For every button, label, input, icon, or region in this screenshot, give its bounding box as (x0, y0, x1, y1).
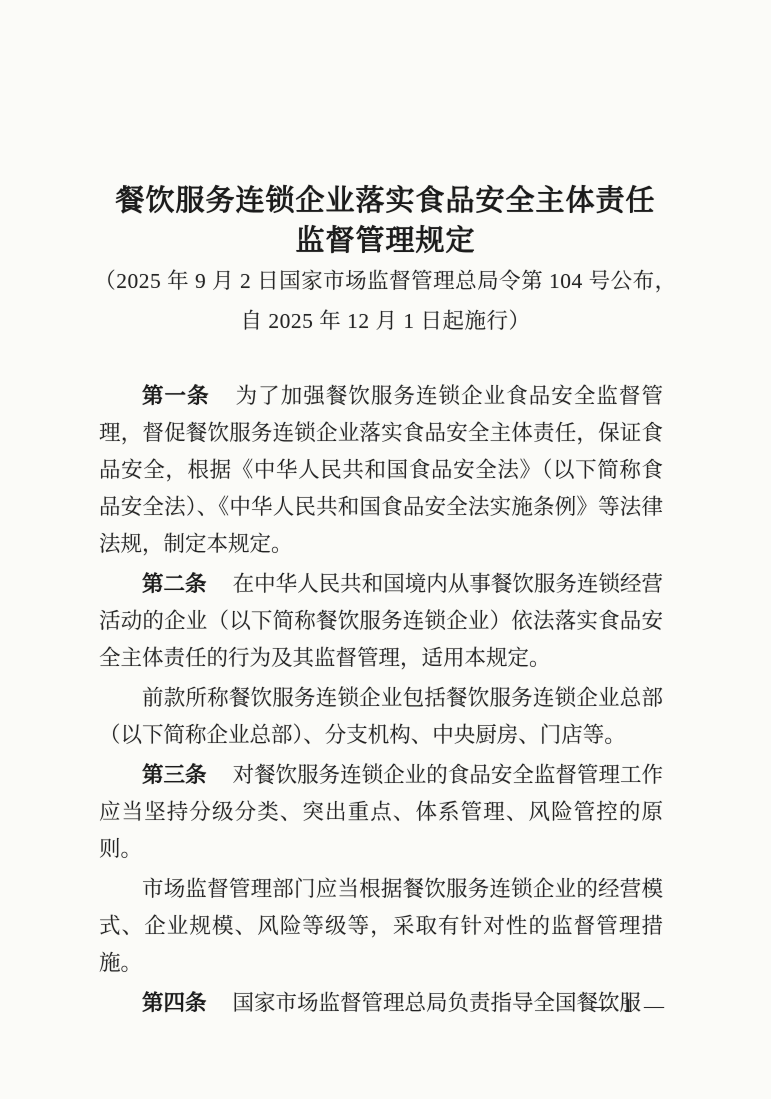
promulgation-note-line-1: （2025 年 9 月 2 日国家市场监督管理总局令第 104 号公布， (0, 261, 771, 301)
promulgation-note-line-2: 自 2025 年 12 月 1 日起施行） (0, 301, 771, 341)
article-3-number-label: 第三条 (142, 763, 207, 787)
document-page: 餐饮服务连锁企业落实食品安全主体责任 监督管理规定 （2025 年 9 月 2 … (0, 0, 771, 1099)
article-3-second-paragraph-text: 市场监督管理部门应当根据餐饮服务连锁企业的经营模式、企业规模、风险等级等，采取有… (99, 877, 663, 975)
document-body: 第一条为了加强餐饮服务连锁企业食品安全监督管理，督促餐饮服务连锁企业落实食品安全… (99, 378, 663, 1022)
article-4-number-label: 第四条 (142, 991, 207, 1015)
article-1-number-label: 第一条 (142, 384, 210, 408)
document-title: 餐饮服务连锁企业落实食品安全主体责任 监督管理规定 (0, 0, 771, 261)
article-2-second-paragraph: 前款所称餐饮服务连锁企业包括餐饮服务连锁企业总部（以下简称企业总部）、分支机构、… (99, 680, 663, 754)
article-4-paragraph: 第四条国家市场监督管理总局负责指导全国餐饮服 (99, 985, 663, 1022)
document-title-line-2: 监督管理规定 (0, 221, 771, 261)
document-title-line-1: 餐饮服务连锁企业落实食品安全主体责任 (0, 181, 771, 221)
article-2-number-label: 第二条 (142, 572, 207, 596)
page-number: — 1 — (592, 994, 667, 1018)
article-1-paragraph: 第一条为了加强餐饮服务连锁企业食品安全监督管理，督促餐饮服务连锁企业落实食品安全… (99, 378, 663, 563)
promulgation-note: （2025 年 9 月 2 日国家市场监督管理总局令第 104 号公布， 自 2… (0, 261, 771, 341)
article-3-second-paragraph: 市场监督管理部门应当根据餐饮服务连锁企业的经营模式、企业规模、风险等级等，采取有… (99, 871, 663, 982)
article-3-paragraph: 第三条对餐饮服务连锁企业的食品安全监督管理工作应当坚持分级分类、突出重点、体系管… (99, 757, 663, 868)
article-2-second-paragraph-text: 前款所称餐饮服务连锁企业包括餐饮服务连锁企业总部（以下简称企业总部）、分支机构、… (99, 686, 663, 747)
article-4-text: 国家市场监督管理总局负责指导全国餐饮服 (233, 991, 642, 1015)
article-2-paragraph: 第二条在中华人民共和国境内从事餐饮服务连锁经营活动的企业（以下简称餐饮服务连锁企… (99, 566, 663, 677)
article-1-text: 为了加强餐饮服务连锁企业食品安全监督管理，督促餐饮服务连锁企业落实食品安全主体责… (99, 384, 663, 556)
